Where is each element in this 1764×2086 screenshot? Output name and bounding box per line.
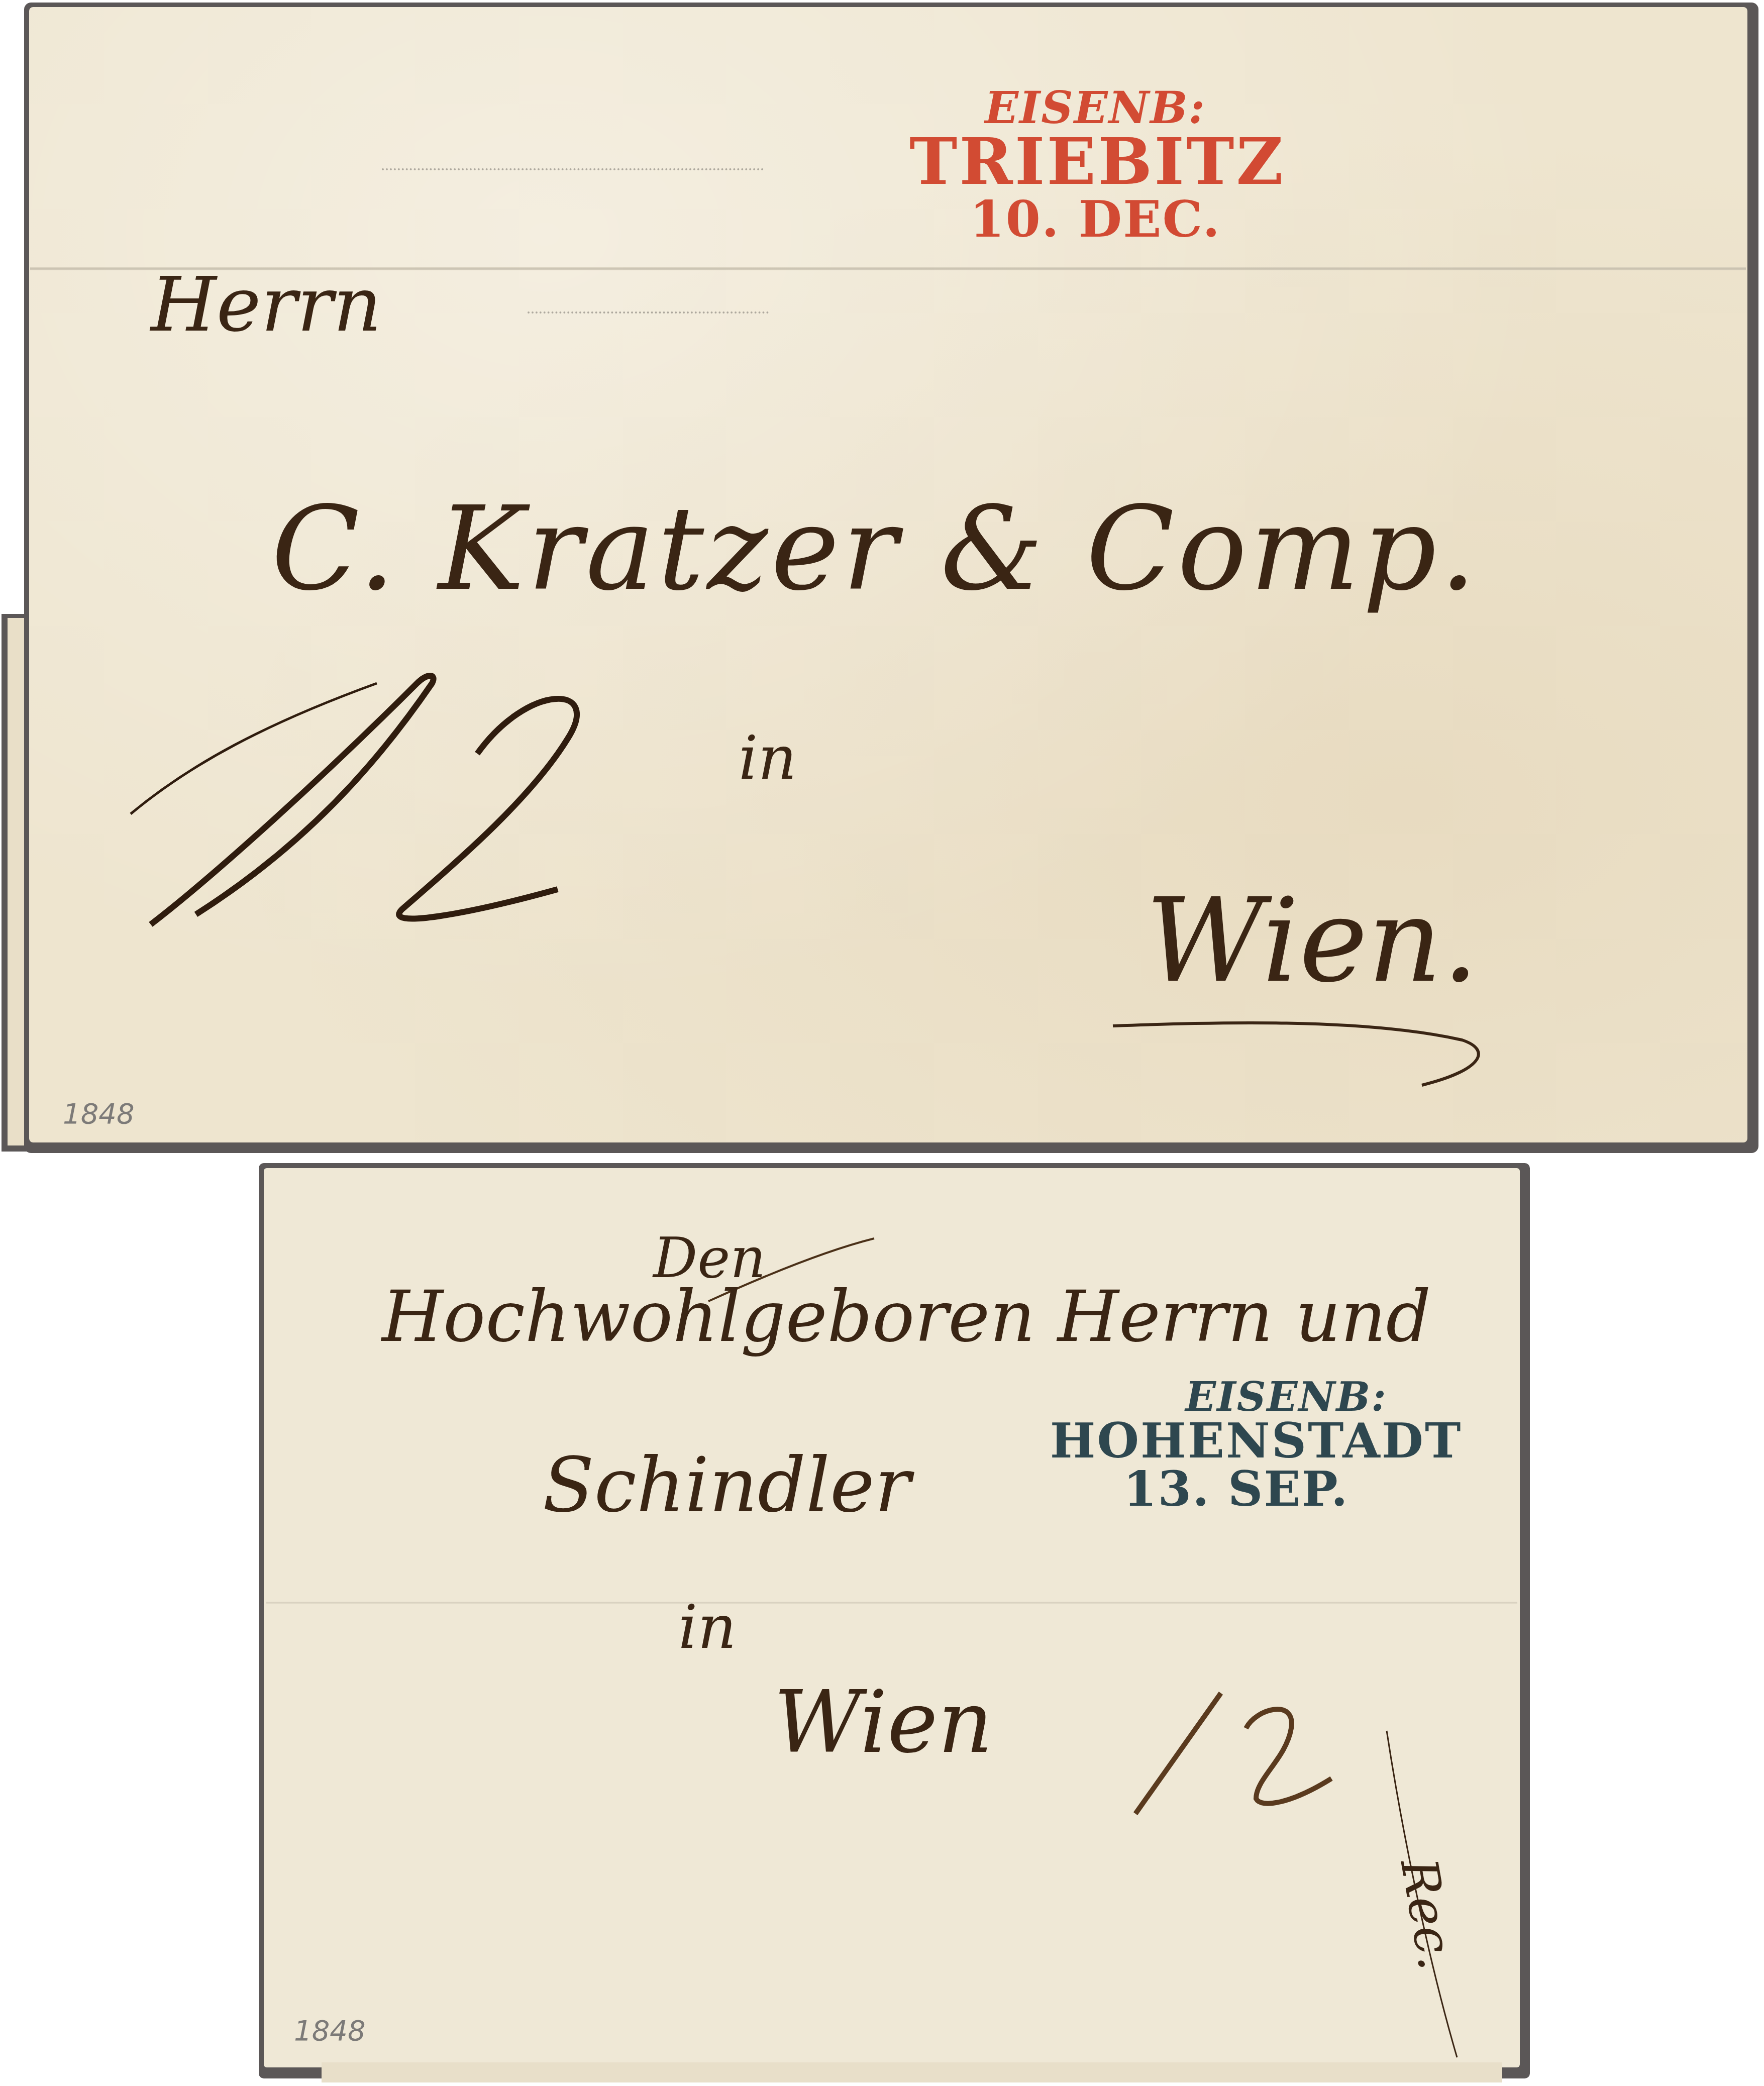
cover-2-address-line-3: Schindler: [543, 1442, 910, 1529]
cover-1-addressee: C. Kratzer & Comp.: [271, 482, 1479, 616]
cover-2-vertical-stroke: [1382, 1728, 1462, 2060]
cover-1-offset-marks: [382, 168, 764, 176]
postmark-line-2: HOHENSTADT: [1035, 1417, 1477, 1465]
cover-1-city: Wien.: [1146, 874, 1479, 1008]
cover-2-address-line-2: Hochwohlgeboren Herrn und: [382, 1276, 1431, 1358]
cover-1-offset-marks-2: [528, 311, 769, 320]
cover-2-city: Wien: [774, 1673, 993, 1772]
cover-1-preposition: in: [739, 723, 797, 793]
cover-2-rate-mark: [1125, 1688, 1336, 1819]
postmark-line-3: 13. SEP.: [1015, 1465, 1457, 1513]
cover-2-postmark: EISENB: HOHENSTADT 13. SEP.: [1035, 1377, 1477, 1513]
cover-1-rate-mark: [116, 663, 608, 934]
postmark-line-2: TRIEBITZ: [909, 130, 1281, 194]
cover-1-salutation: Herrn: [151, 261, 382, 349]
cover-1-city-underline: [1110, 1020, 1492, 1090]
postmark-line-1: EISENB:: [909, 85, 1281, 130]
cover-2-preposition: in: [678, 1593, 737, 1662]
cover-2-fold-line: [266, 1602, 1517, 1604]
cover-2-bottom-fold: [322, 2062, 1502, 2082]
cover-2-pencil-note: 1848: [294, 2015, 366, 2047]
cover-1-postmark: EISENB: TRIEBITZ 10. DEC.: [909, 85, 1281, 244]
postmark-line-3: 10. DEC.: [909, 194, 1281, 244]
postmark-line-1: EISENB:: [1065, 1377, 1507, 1417]
cover-1-pencil-note: 1848: [63, 1098, 135, 1130]
